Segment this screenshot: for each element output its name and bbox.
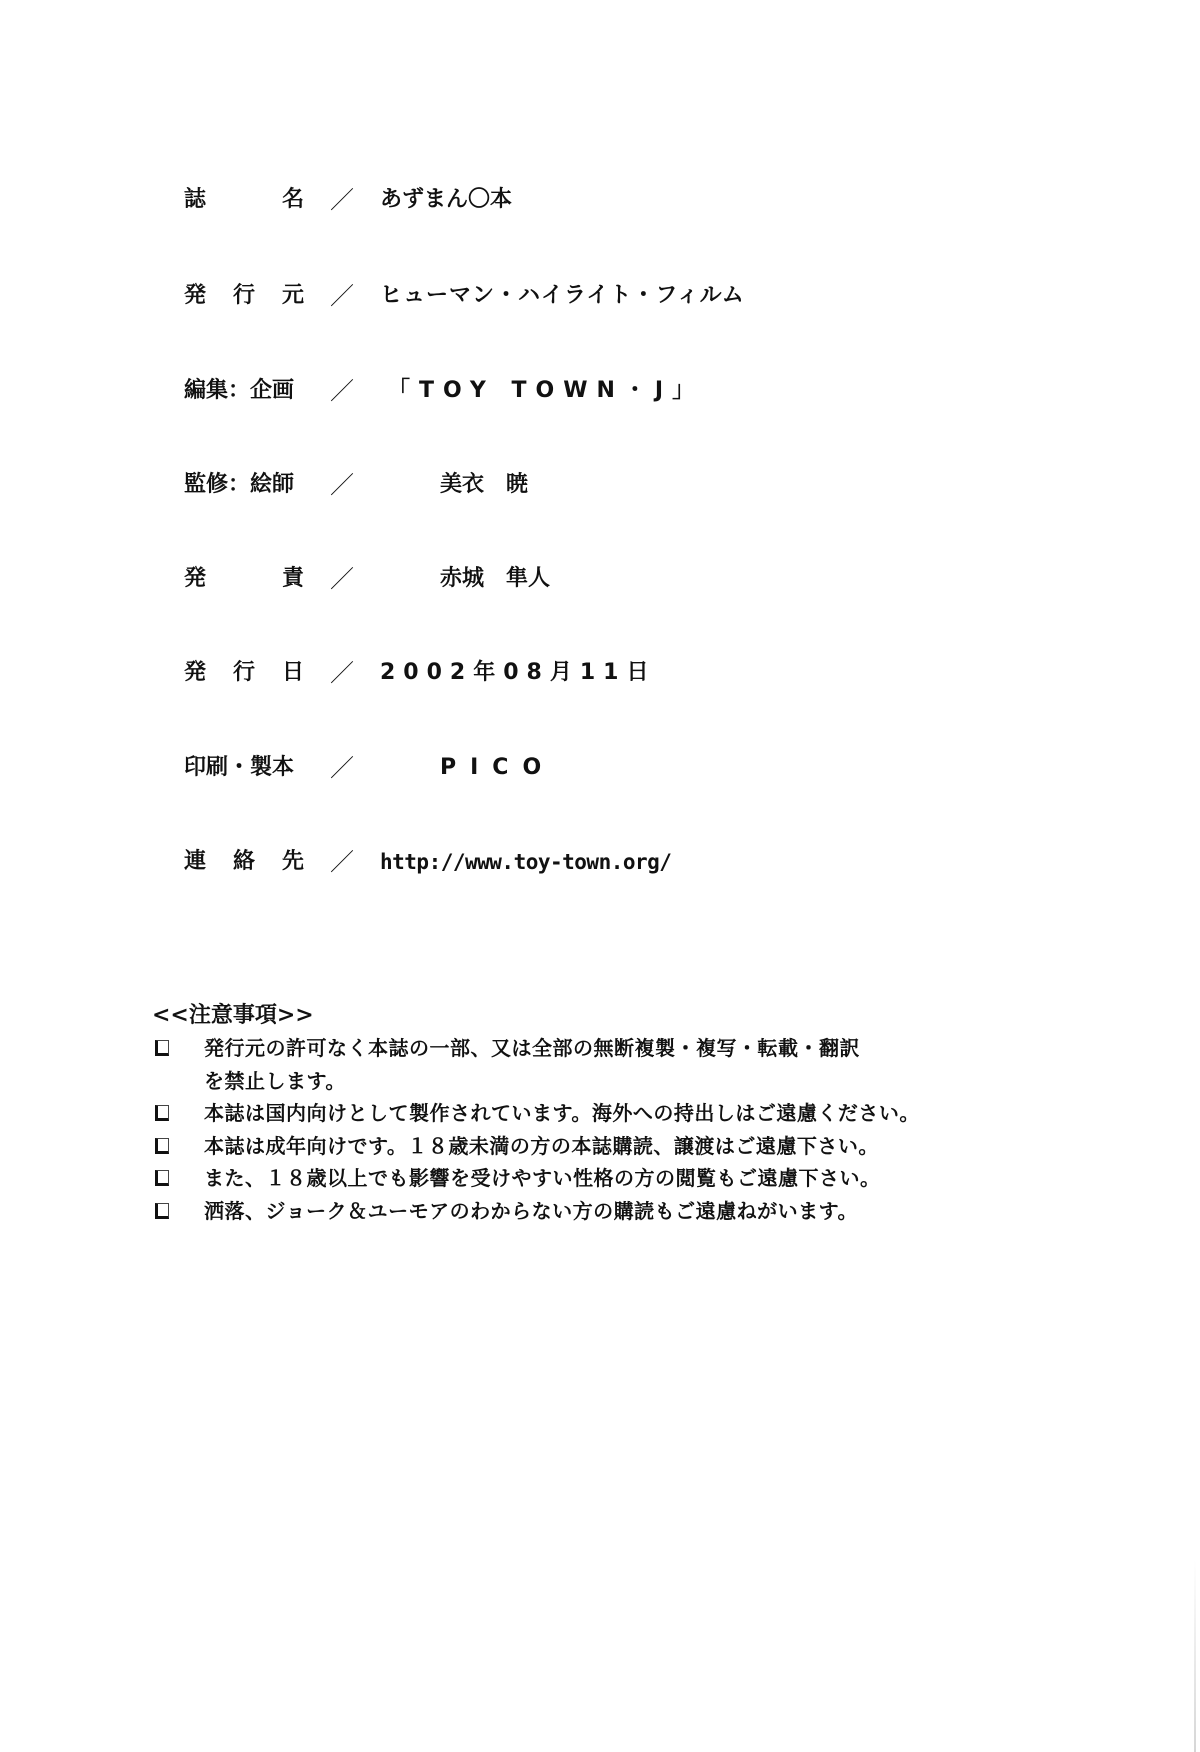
separator-slash: ／ — [330, 180, 354, 220]
note-item: 本誌は国内向けとして製作されています。海外への持出しはご遠慮ください。 — [152, 1097, 1052, 1130]
publish-date-value: 2002年08月11日 — [380, 653, 656, 693]
label-text: 編集：企画 — [184, 371, 294, 411]
colophon-row-contact: 連 絡 先 ／ http://www.toy-town.org/ — [184, 842, 1084, 882]
label-char: 元 — [282, 276, 304, 316]
note-text: 発行元の許可なく本誌の一部、又は全部の無断複製・複写・転載・翻訳 — [204, 1032, 1052, 1065]
separator-slash: ／ — [330, 276, 354, 316]
colophon-row-date: 発 行 日 ／ 2002年08月11日 — [184, 653, 1084, 693]
contact-url[interactable]: http://www.toy-town.org/ — [380, 842, 671, 882]
colophon-page: 誌 名 ／ あずまん〇本 発 行 元 ／ ヒューマン・ハイライト・フィルム 編集… — [0, 0, 1200, 1752]
colophon-row-illustrator: 監修：絵師 ／ 美衣 暁 — [184, 465, 1084, 505]
label-char: 先 — [282, 842, 304, 882]
colophon-row-editing: 編集：企画 ／ 「TOY TOWN・J」 — [184, 371, 1084, 411]
label-text: 印刷・製本 — [184, 748, 294, 788]
printer-value: PICO — [440, 748, 555, 788]
colophon-row-responsible: 発 責 ／ 赤城 隼人 — [184, 559, 1084, 599]
separator-slash: ／ — [330, 842, 354, 882]
label-char: 発 — [184, 559, 206, 599]
colophon-row-publisher: 発 行 元 ／ ヒューマン・ハイライト・フィルム — [184, 276, 1084, 316]
magazine-title-value: あずまん〇本 — [380, 180, 512, 220]
separator-slash: ／ — [330, 748, 354, 788]
row-label: 印刷・製本 — [184, 748, 304, 788]
note-text: 本誌は国内向けとして製作されています。海外への持出しはご遠慮ください。 — [204, 1097, 1052, 1130]
label-char: 行 — [233, 653, 255, 693]
note-text: また、１８歳以上でも影響を受けやすい性格の方の閲覧もご遠慮下さい。 — [204, 1162, 1052, 1195]
checkbox-icon — [155, 1203, 169, 1219]
note-text: 本誌は成年向けです。１８歳未満の方の本誌購読、譲渡はご遠慮下さい。 — [204, 1130, 1052, 1163]
note-item: 本誌は成年向けです。１８歳未満の方の本誌購読、譲渡はご遠慮下さい。 — [152, 1130, 1052, 1163]
note-item: 発行元の許可なく本誌の一部、又は全部の無断複製・複写・転載・翻訳 を禁止します。 — [152, 1032, 1052, 1097]
note-item: また、１８歳以上でも影響を受けやすい性格の方の閲覧もご遠慮下さい。 — [152, 1162, 1052, 1195]
checkbox-icon — [155, 1040, 169, 1056]
checkbox-icon — [155, 1138, 169, 1154]
separator-slash: ／ — [330, 371, 354, 411]
notes-section: <<注意事項>> 発行元の許可なく本誌の一部、又は全部の無断複製・複写・転載・翻… — [152, 998, 1052, 1227]
label-char: 絡 — [233, 842, 255, 882]
row-label: 編集：企画 — [184, 371, 304, 411]
label-char: 連 — [184, 842, 206, 882]
label-char: 誌 — [184, 180, 206, 220]
note-text: 洒落、ジョーク＆ユーモアのわからない方の購読もご遠慮ねがいます。 — [204, 1195, 1052, 1228]
illustrator-value: 美衣 暁 — [440, 465, 528, 505]
checkbox-icon — [155, 1105, 169, 1121]
label-char: 日 — [282, 653, 304, 693]
row-label: 発 責 — [184, 559, 304, 599]
label-char: 発 — [184, 653, 206, 693]
label-text: 監修：絵師 — [184, 465, 294, 505]
label-char: 責 — [282, 559, 304, 599]
colophon-row-printing: 印刷・製本 ／ PICO — [184, 748, 1084, 788]
separator-slash: ／ — [330, 465, 354, 505]
label-char: 行 — [233, 276, 255, 316]
note-item: 洒落、ジョーク＆ユーモアのわからない方の購読もご遠慮ねがいます。 — [152, 1195, 1052, 1228]
row-label: 監修：絵師 — [184, 465, 304, 505]
row-label: 連 絡 先 — [184, 842, 304, 882]
editing-value: 「TOY TOWN・J」 — [388, 371, 703, 411]
note-text-continued: を禁止します。 — [204, 1065, 1052, 1098]
scan-edge-line — [1194, 1560, 1196, 1752]
publisher-value: ヒューマン・ハイライト・フィルム — [380, 276, 745, 316]
responsible-value: 赤城 隼人 — [440, 559, 550, 599]
colophon-row-title: 誌 名 ／ あずまん〇本 — [184, 180, 1084, 220]
checkbox-icon — [155, 1170, 169, 1186]
separator-slash: ／ — [330, 559, 354, 599]
notes-heading: <<注意事項>> — [152, 998, 1052, 1032]
label-char: 発 — [184, 276, 206, 316]
separator-slash: ／ — [330, 653, 354, 693]
label-char: 名 — [282, 180, 304, 220]
row-label: 発 行 日 — [184, 653, 304, 693]
row-label: 発 行 元 — [184, 276, 304, 316]
row-label: 誌 名 — [184, 180, 304, 220]
